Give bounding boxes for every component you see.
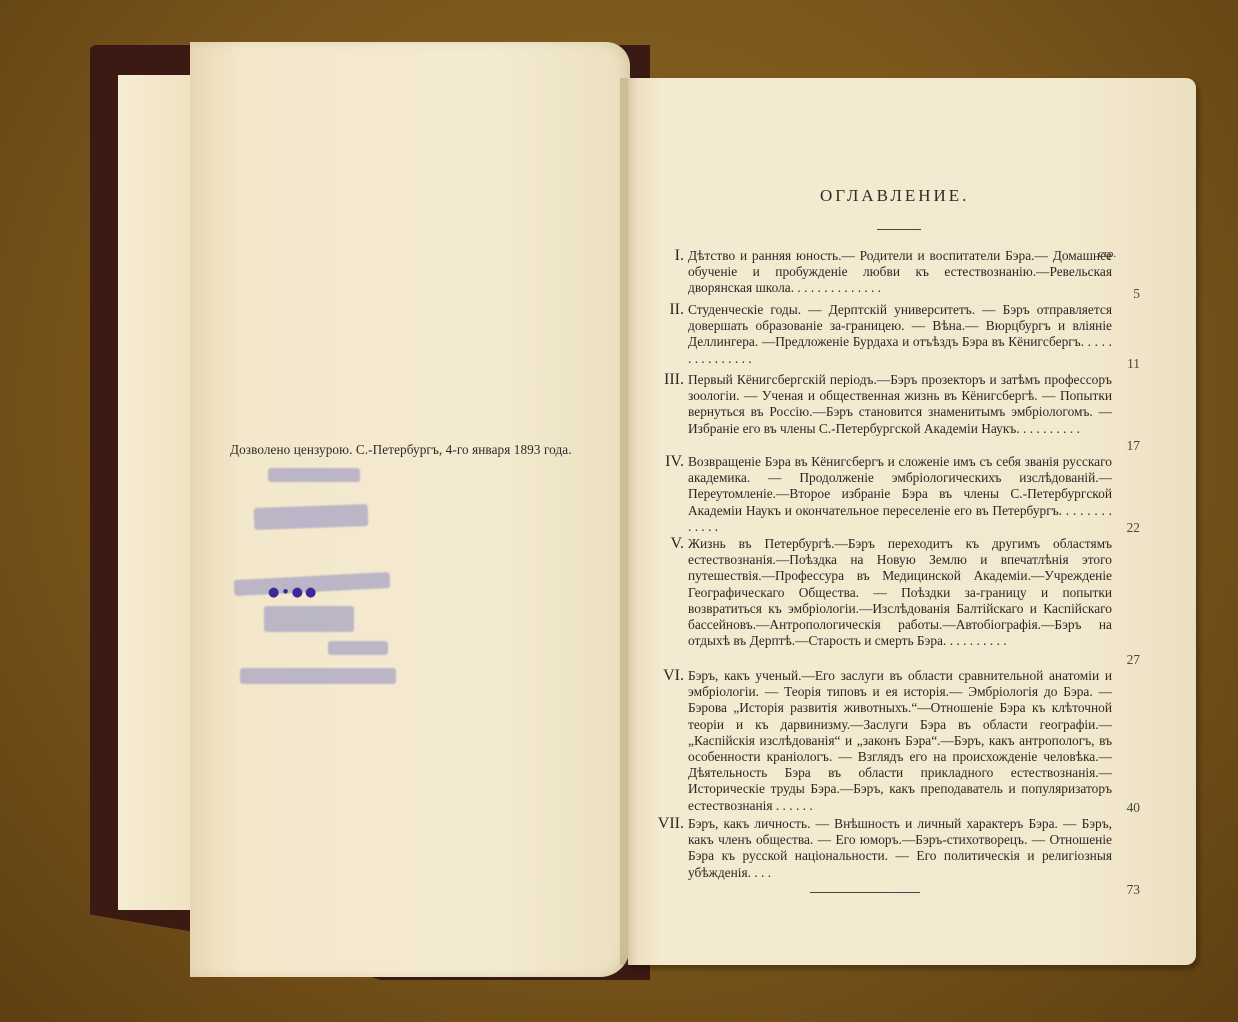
chapter-number: IV. xyxy=(650,454,684,470)
chapter-number: II. xyxy=(650,302,684,318)
page-number: 22 xyxy=(1127,520,1140,536)
title-rule xyxy=(877,229,921,230)
toc-entry: V. Жизнь въ Петербургѣ.—Бэръ переходитъ … xyxy=(650,536,1140,668)
stamp-mark xyxy=(264,606,354,632)
flyleaf xyxy=(118,75,199,910)
toc-list: I. Дѣтство и ранняя юность.— Родители и … xyxy=(650,248,1140,898)
page-number: 27 xyxy=(1127,652,1140,668)
toc-entry: VI. Бэръ, какъ ученый.—Его заслуги въ об… xyxy=(650,668,1140,816)
page-number: 17 xyxy=(1127,438,1140,454)
chapter-number: III. xyxy=(650,372,684,388)
chapter-number: VII. xyxy=(650,816,684,832)
chapter-summary: Студенческіе годы. — Дерптскій университ… xyxy=(688,302,1140,367)
stamp-mark xyxy=(254,504,369,530)
stamp-mark xyxy=(328,641,388,655)
toc-entry: II. Студенческіе годы. — Дерптскій униве… xyxy=(650,302,1140,372)
page-number: 11 xyxy=(1127,356,1140,372)
toc-title: ОГЛАВЛЕНИЕ. xyxy=(820,186,969,206)
page-number: 5 xyxy=(1133,286,1140,302)
toc-entry: III. Первый Кёнигсбергскій періодъ.—Бэръ… xyxy=(650,372,1140,454)
chapter-summary: Первый Кёнигсбергскій періодъ.—Бэръ проз… xyxy=(688,372,1140,437)
ink-blot: ●•●● xyxy=(268,585,318,600)
closing-rule xyxy=(810,892,920,893)
page-number: 73 xyxy=(1127,882,1140,898)
chapter-number: V. xyxy=(650,536,684,552)
chapter-number: VI. xyxy=(650,668,684,684)
chapter-summary: Жизнь въ Петербургѣ.—Бэръ переходитъ къ … xyxy=(688,536,1140,649)
page-number: 40 xyxy=(1127,800,1140,816)
chapter-number: I. xyxy=(650,248,684,264)
toc-entry: VII. Бэръ, какъ личность. — Внѣшность и … xyxy=(650,816,1140,898)
chapter-summary: Бэръ, какъ ученый.—Его заслуги въ област… xyxy=(688,668,1140,814)
spine-gutter xyxy=(620,78,638,965)
chapter-summary: Дѣтство и ранняя юность.— Родители и вос… xyxy=(688,248,1140,297)
stamp-mark xyxy=(268,468,360,482)
chapter-summary: Бэръ, какъ личность. — Внѣшность и личны… xyxy=(688,816,1140,881)
toc-entry: I. Дѣтство и ранняя юность.— Родители и … xyxy=(650,248,1140,302)
toc-entry: IV. Возвращеніе Бэра въ Кёнигсбергъ и сл… xyxy=(650,454,1140,536)
censorship-imprint: Дозволено цензурою. С.-Петербургъ, 4-го … xyxy=(230,442,630,458)
stamp-mark xyxy=(240,668,396,684)
chapter-summary: Возвращеніе Бэра въ Кёнигсбергъ и сложен… xyxy=(688,454,1140,535)
